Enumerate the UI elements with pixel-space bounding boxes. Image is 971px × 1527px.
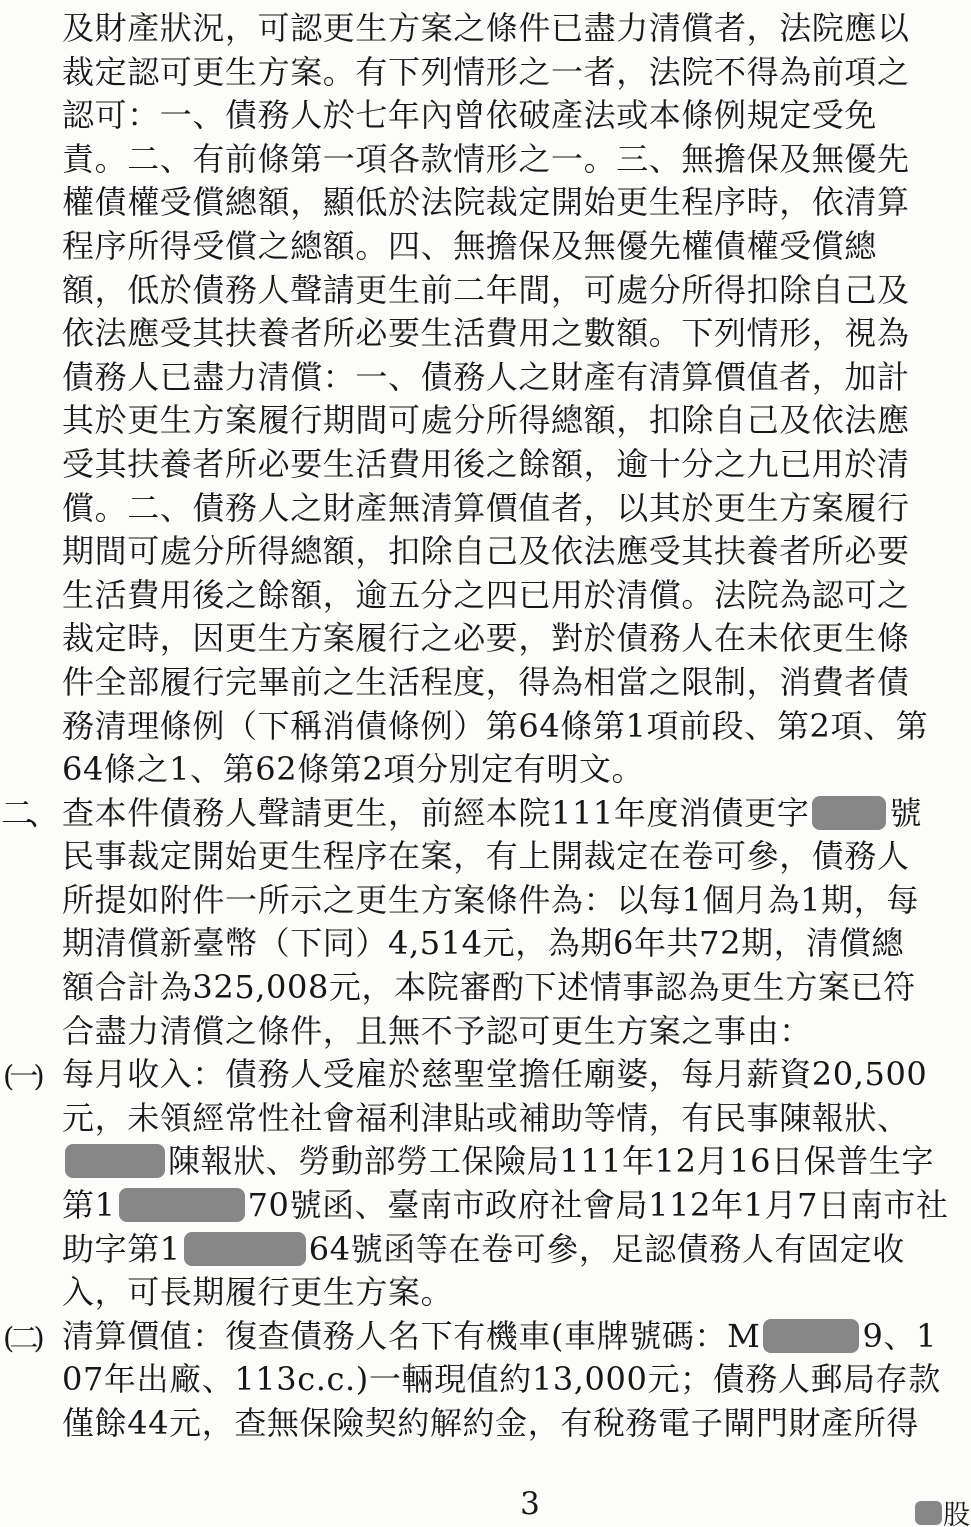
text-block: 及財產狀況，可認更生方案之條件已盡力清償者，法院應以裁定認可更生方案。有下列情形… — [0, 7, 971, 792]
text-segment: 期清償新臺幣（下同）4,514元，為期6年共72期，清償總 — [62, 924, 904, 962]
text-segment: 權債權受償總額，顯低於法院裁定開始更生程序時，依清算 — [62, 183, 910, 221]
text-block: (一)每月收入：債務人受雇於慈聖堂擔任廟婆，每月薪資20,500元，未領經常性社… — [0, 1053, 971, 1315]
text-line: 查本件債務人聲請更生，前經本院111年度消債更字號 — [62, 792, 971, 836]
text-line: 第170號函、臺南市政府社會局112年1月7日南市社 — [62, 1184, 971, 1228]
text-line: 期間可處分所得總額，扣除自己及依法應受其扶養者所必要 — [62, 530, 971, 574]
text-line: 民事裁定開始更生程序在案，有上開裁定在卷可參，債務人 — [62, 835, 971, 879]
text-line: 認可：一、債務人於七年內曾依破產法或本條例規定受免 — [62, 94, 971, 138]
text-line: 清算價值：復查債務人名下有機車(車牌號碼：M9、1 — [62, 1315, 971, 1359]
text-line: 助字第164號函等在卷可參，足認債務人有固定收 — [62, 1228, 971, 1272]
text-segment: 生活費用後之餘額，逾五分之四已用於清償。法院為認可之 — [62, 576, 910, 614]
text-line: 件全部履行完畢前之生活程度，得為相當之限制，消費者債 — [62, 661, 971, 705]
text-segment: 僅餘44元，查無保險契約解約金，有稅務電子閘門財產所得 — [62, 1404, 919, 1442]
redaction-box — [915, 1501, 942, 1525]
text-line: 07年出廠、113c.c.)一輛現值約13,000元；債務人郵局存款 — [62, 1358, 971, 1402]
text-block: 二、查本件債務人聲請更生，前經本院111年度消債更字號民事裁定開始更生程序在案，… — [0, 792, 971, 1054]
text-segment: 受其扶養者所必要生活費用後之餘額，逾十分之九已用於清 — [62, 445, 910, 483]
text-line: 陳報狀、勞動部勞工保險局111年12月16日保普生字 — [62, 1140, 971, 1184]
text-line: 債務人已盡力清償：一、債務人之財產有清算價值者，加計 — [62, 356, 971, 400]
text-segment: 號 — [889, 794, 922, 832]
text-line: 元，未領經常性社會福利津貼或補助等情，有民事陳報狀、 — [62, 1097, 971, 1141]
text-segment: 每月收入：債務人受雇於慈聖堂擔任廟婆，每月薪資20,500 — [62, 1055, 927, 1093]
text-line: 務清理條例（下稱消債條例）第64條第1項前段、第2項、第 — [62, 705, 971, 749]
item-marker: (二) — [3, 1317, 40, 1361]
text-segment: 9、1 — [862, 1317, 937, 1355]
text-segment: 依法應受其扶養者所必要生活費用之數額。下列情形，視為 — [62, 314, 910, 352]
text-segment: 64條之1、第62條第2項分別定有明文。 — [62, 750, 644, 788]
text-segment: 責。二、有前條第一項各款情形之一。三、無擔保及無優先 — [62, 140, 910, 178]
text-segment: 認可：一、債務人於七年內曾依破產法或本條例規定受免 — [62, 96, 877, 134]
text-segment: 及財產狀況，可認更生方案之條件已盡力清償者，法院應以 — [62, 9, 910, 47]
text-segment: 合盡力清償之條件，且無不予認可更生方案之事由： — [62, 1012, 812, 1050]
text-segment: 裁定時，因更生方案履行之必要，對於債務人在未依更生條 — [62, 619, 910, 657]
text-line: 償。二、債務人之財產無清算價值者，以其於更生方案履行 — [62, 487, 971, 531]
text-segment: 債務人已盡力清償：一、債務人之財產有清算價值者，加計 — [62, 358, 910, 396]
text-line: 額合計為325,008元，本院審酌下述情事認為更生方案已符 — [62, 966, 971, 1010]
text-segment: 元，未領經常性社會福利津貼或補助等情，有民事陳報狀、 — [62, 1099, 910, 1137]
text-segment: 70號函、臺南市政府社會局112年1月7日南市社 — [248, 1186, 949, 1224]
item-marker: (一) — [3, 1055, 40, 1099]
text-line: 生活費用後之餘額，逾五分之四已用於清償。法院為認可之 — [62, 574, 971, 618]
text-segment: 查本件債務人聲請更生，前經本院111年度消債更字 — [62, 794, 809, 832]
text-line: 僅餘44元，查無保險契約解約金，有稅務電子閘門財產所得 — [62, 1402, 971, 1446]
text-line: 及財產狀況，可認更生方案之條件已盡力清償者，法院應以 — [62, 7, 971, 51]
text-segment: 償。二、債務人之財產無清算價值者，以其於更生方案履行 — [62, 489, 910, 527]
text-line: 裁定認可更生方案。有下列情形之一者，法院不得為前項之 — [62, 51, 971, 95]
document-body: 及財產狀況，可認更生方案之條件已盡力清償者，法院應以裁定認可更生方案。有下列情形… — [0, 7, 971, 1446]
text-segment: 其於更生方案履行期間可處分所得總額，扣除自己及依法應 — [62, 401, 910, 439]
text-segment: 陳報狀、勞動部勞工保險局111年12月16日保普生字 — [168, 1142, 934, 1180]
text-line: 依法應受其扶養者所必要生活費用之數額。下列情形，視為 — [62, 312, 971, 356]
text-line: 程序所得受償之總額。四、無擔保及無優先權債權受償總 — [62, 225, 971, 269]
text-line: 裁定時，因更生方案履行之必要，對於債務人在未依更生條 — [62, 617, 971, 661]
text-segment: 64號函等在卷可參，足認債務人有固定收 — [309, 1230, 905, 1268]
scanned-court-document-page: 及財產狀況，可認更生方案之條件已盡力清償者，法院應以裁定認可更生方案。有下列情形… — [0, 0, 971, 1527]
text-line: 責。二、有前條第一項各款情形之一。三、無擔保及無優先 — [62, 138, 971, 182]
text-line: 每月收入：債務人受雇於慈聖堂擔任廟婆，每月薪資20,500 — [62, 1053, 971, 1097]
text-segment: 所提如附件一所示之更生方案條件為：以每1個月為1期，每 — [62, 881, 919, 919]
text-segment: 件全部履行完畢前之生活程度，得為相當之限制，消費者債 — [62, 663, 910, 701]
text-segment: 入，可長期履行更生方案。 — [62, 1273, 453, 1311]
text-line: 權債權受償總額，顯低於法院裁定開始更生程序時，依清算 — [62, 181, 971, 225]
text-line: 受其扶養者所必要生活費用後之餘額，逾十分之九已用於清 — [62, 443, 971, 487]
text-segment: 期間可處分所得總額，扣除自己及依法應受其扶養者所必要 — [62, 532, 910, 570]
item-marker: 二、 — [1, 792, 53, 836]
text-line: 64條之1、第62條第2項分別定有明文。 — [62, 748, 971, 792]
text-segment: 額合計為325,008元，本院審酌下述情事認為更生方案已符 — [62, 968, 916, 1006]
clerk-stamp-label: 股 — [943, 1493, 970, 1527]
text-segment: 額，低於債務人聲請更生前二年間，可處分所得扣除自己及 — [62, 271, 910, 309]
text-segment: 程序所得受償之總額。四、無擔保及無優先權債權受償總 — [62, 227, 877, 265]
text-segment: 助字第1 — [62, 1230, 181, 1268]
text-line: 所提如附件一所示之更生方案條件為：以每1個月為1期，每 — [62, 879, 971, 923]
redaction-box — [812, 796, 886, 830]
redaction-box — [763, 1319, 859, 1353]
text-segment: 裁定認可更生方案。有下列情形之一者，法院不得為前項之 — [62, 53, 910, 91]
text-segment: 民事裁定開始更生程序在案，有上開裁定在卷可參，債務人 — [62, 837, 910, 875]
text-segment: 第1 — [62, 1186, 116, 1224]
clerk-stamp: 股 — [915, 1493, 970, 1527]
text-line: 合盡力清償之條件，且無不予認可更生方案之事由： — [62, 1010, 971, 1054]
redaction-box — [184, 1232, 306, 1266]
page-number: 3 — [90, 1486, 970, 1522]
text-line: 額，低於債務人聲請更生前二年間，可處分所得扣除自己及 — [62, 269, 971, 313]
text-line: 入，可長期履行更生方案。 — [62, 1271, 971, 1315]
text-line: 其於更生方案履行期間可處分所得總額，扣除自己及依法應 — [62, 399, 971, 443]
text-segment: 務清理條例（下稱消債條例）第64條第1項前段、第2項、第 — [62, 707, 928, 745]
redaction-box — [119, 1188, 245, 1222]
text-block: (二)清算價值：復查債務人名下有機車(車牌號碼：M9、107年出廠、113c.c… — [0, 1315, 971, 1446]
redaction-box — [65, 1144, 165, 1178]
text-line: 期清償新臺幣（下同）4,514元，為期6年共72期，清償總 — [62, 922, 971, 966]
text-segment: 清算價值：復查債務人名下有機車(車牌號碼：M — [62, 1317, 760, 1355]
text-segment: 07年出廠、113c.c.)一輛現值約13,000元；債務人郵局存款 — [62, 1360, 941, 1398]
